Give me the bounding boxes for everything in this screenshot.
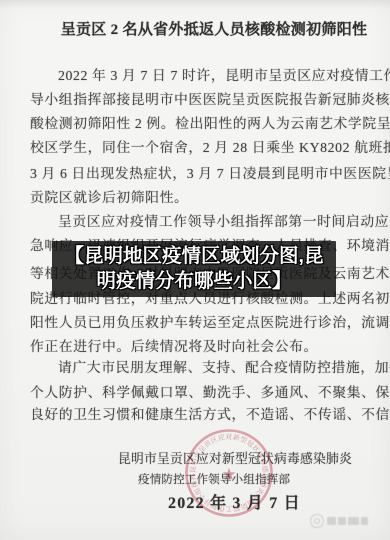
body-line: 呈贡区应对疫情工作领导小组指挥部第一时间启动应 <box>30 210 390 227</box>
body-line: 校区学生，同住一个宿舍，2 月 28 日乘坐 KY8202 航班抵昆， <box>30 136 378 153</box>
body-line: 作正在进行中。后续情况将及时向社会公布。 <box>30 335 378 352</box>
body-line: 2022 年 3 月 7 日 7 时许，昆明市呈贡区应对疫情工作领 <box>30 64 390 81</box>
signature-org-line1: 昆明市呈贡区应对新型冠状病毒感染肺炎 <box>118 448 352 467</box>
body-line: 请广大市民朋友理解、支持、配合疫情防控措施，加强 <box>30 356 390 373</box>
watermark-text-blur <box>327 517 368 525</box>
overlay-caption-line2: 明疫情分布哪些小区】 <box>52 269 336 294</box>
notice-document-photo: 呈贡区 2 名从省外抵返人员核酸检测初筛阳性 2022 年 3 月 7 日 7 … <box>0 0 390 540</box>
signature-org-line2: 疫情防控工作领导小组指挥部 <box>138 471 290 487</box>
body-line: 阳性人员已用负压救护车转运至定点医院进行诊治，流调工 <box>30 311 378 328</box>
body-line: 个人防护、科学佩戴口罩、勤洗手、多通风、不聚集、保持 <box>30 381 378 398</box>
notice-title: 呈贡区 2 名从省外抵返人员核酸检测初筛阳性 <box>38 18 390 39</box>
watermark <box>310 513 368 529</box>
weibo-watermark-icon <box>310 514 324 528</box>
body-line: 导小组指挥部接昆明市中医医院呈贡医院报告新冠肺炎核 <box>30 88 378 105</box>
signature-date: 2022 年 3 月 7 日 <box>168 490 301 513</box>
body-line: 3 月 6 日出现发热症状，3 月 7 日凌晨到昆明市中医医院呈 <box>30 162 378 179</box>
overlay-caption-line1: 【昆明地区疫情区域划分图,昆 <box>52 244 336 269</box>
body-line: 良好的卫生习惯和健康生活方式，不造谣、不传谣、不信谣。 <box>30 403 378 420</box>
body-line: 贡院区就诊后初筛阳性。 <box>30 186 378 203</box>
body-line: 酸检测初筛阳性 2 例。检出阳性的两人为云南艺术学院呈贡 <box>30 112 378 129</box>
overlay-caption: 【昆明地区疫情区域划分图,昆 明疫情分布哪些小区】 <box>52 241 336 297</box>
